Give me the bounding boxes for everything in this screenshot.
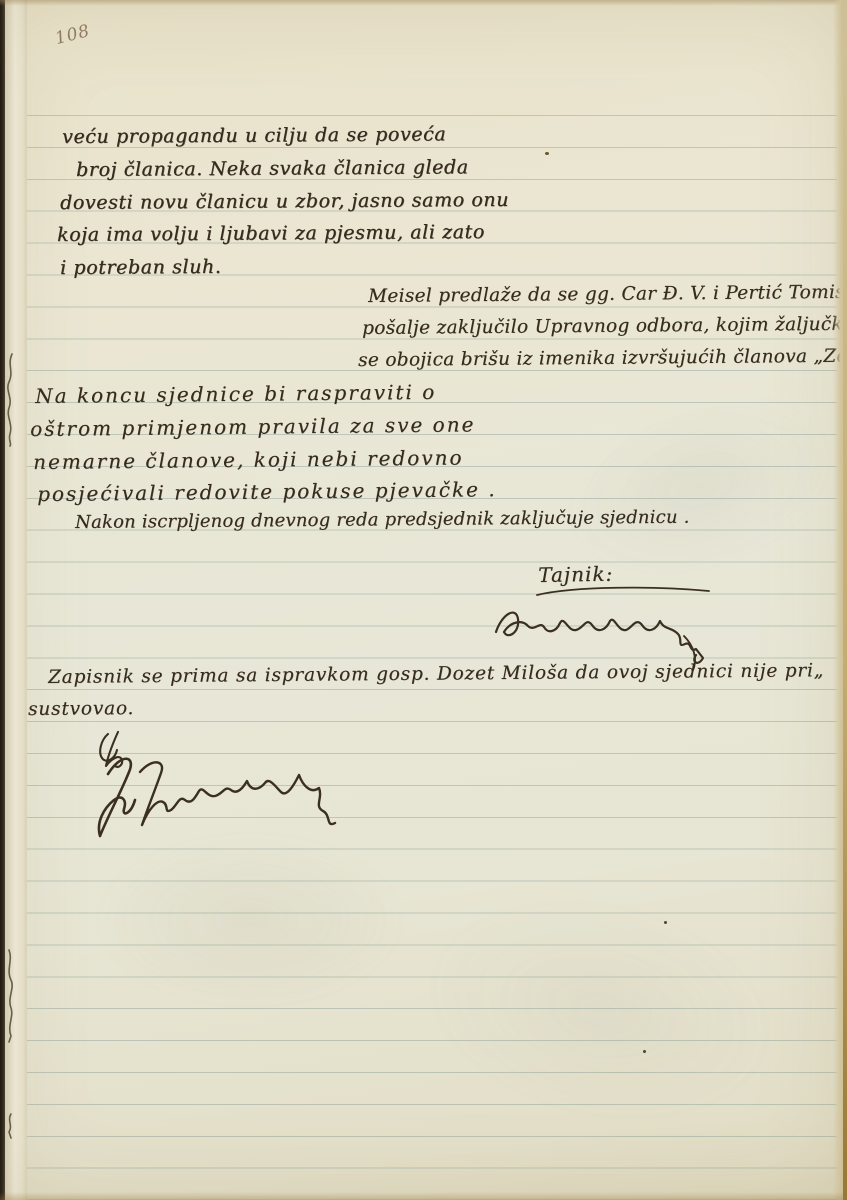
manuscript-line: oštrom primjenom pravila za sve one <box>30 412 475 441</box>
gutter-ink-mark <box>4 352 18 448</box>
manuscript-line: se obojica brišu iz imenika izvršujućih … <box>358 345 847 371</box>
secretary-signature <box>488 592 713 672</box>
manuscript-line: Zapisnik se prima sa ispravkom gosp. Doz… <box>48 660 824 688</box>
ink-speck <box>664 921 667 924</box>
manuscript-line: nemarne članove, koji nebi redovno <box>33 445 464 474</box>
gutter-ink-mark <box>4 1112 16 1140</box>
manuscript-line: Meisel predlaže da se gg. Car Đ. V. i Pe… <box>368 282 847 307</box>
page-number: 108 <box>53 21 92 49</box>
page-stack-edge <box>843 0 847 1200</box>
ink-speck <box>643 1050 646 1053</box>
page-bottom-edge <box>0 1192 847 1200</box>
manuscript-line: Na koncu sjednice bi raspraviti o <box>35 380 436 408</box>
approver-signature <box>78 750 350 844</box>
manuscript-line: i potreban sluh. <box>60 256 222 279</box>
paper-stain <box>90 830 410 1010</box>
manuscript-line: posjećivali redovite pokuse pjevačke . <box>37 477 497 506</box>
manuscript-line: pošalje zaključilo Upravnog odbora, koji… <box>362 314 847 339</box>
manuscript-line: dovesti novu članicu u zbor, jasno samo … <box>60 189 509 214</box>
manuscript-line: sustvovao. <box>28 698 134 720</box>
ink-speck <box>545 152 549 155</box>
manuscript-line: Nakon iscrpljenog dnevnog reda predsjedn… <box>75 507 690 533</box>
manuscript-line: koja ima volju i ljubavi za pjesmu, ali … <box>57 221 485 246</box>
page-top-edge <box>0 0 847 6</box>
gutter-ink-mark <box>3 948 17 1044</box>
paper-stain <box>401 865 799 1155</box>
scanned-manuscript-page: 108 veću propagandu u cilju da se poveća… <box>0 0 847 1200</box>
manuscript-line: broj članica. Neka svaka članica gleda <box>76 156 469 181</box>
manuscript-line: veću propagandu u cilju da se poveća <box>62 123 446 148</box>
